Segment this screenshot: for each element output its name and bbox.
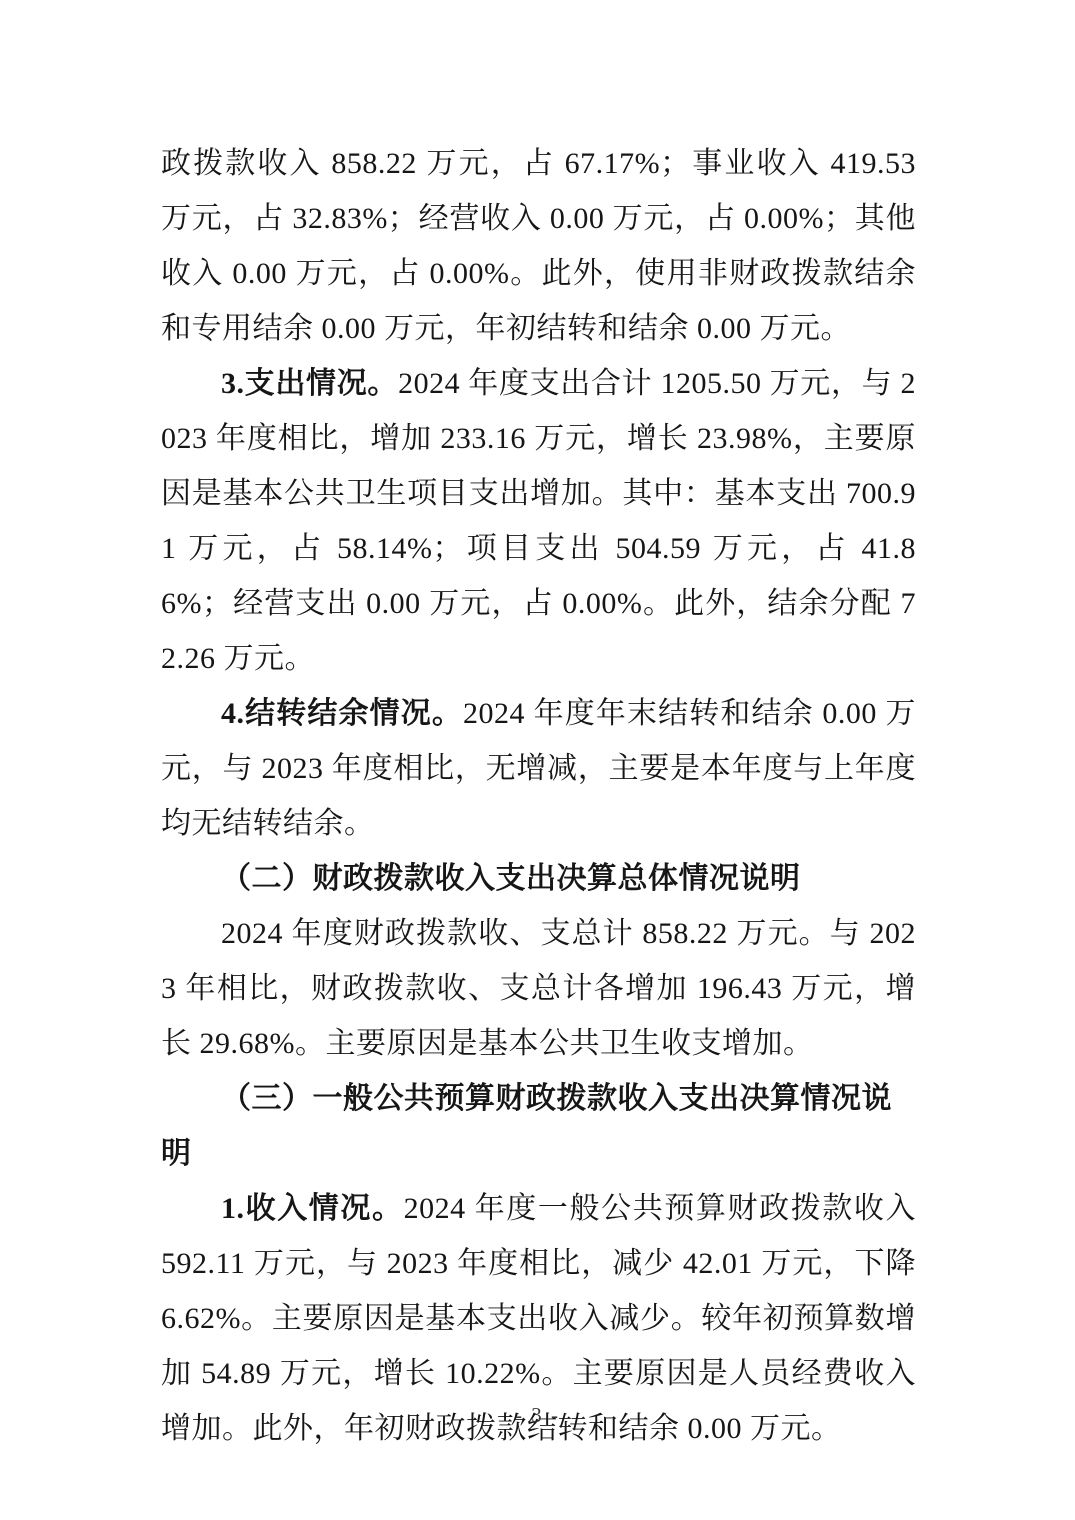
page-number: - 3 - (515, 1403, 560, 1427)
paragraph-bold-lead: 3.支出情况。 (221, 367, 398, 400)
paragraph-text: 政拨款收入 858.22 万元，占 67.17%；事业收入 419.53 万元，… (161, 147, 916, 345)
page-footer: - 3 - (0, 1399, 1075, 1431)
paragraph-bold-lead: 1.收入情况。 (221, 1192, 404, 1225)
paragraph-text: 2024 年度支出合计 1205.50 万元，与 2023 年度相比，增加 23… (161, 367, 916, 675)
heading-text: （二）财政拨款收入支出决算总体情况说明 (221, 862, 801, 895)
heading-text: （三）一般公共预算财政拨款收入支出决算情况说明 (161, 1082, 892, 1170)
heading-section-two: （二）财政拨款收入支出决算总体情况说明 (161, 851, 916, 906)
paragraph-income-continuation: 政拨款收入 858.22 万元，占 67.17%；事业收入 419.53 万元，… (161, 136, 916, 356)
paragraph-expenditure-overview: 3.支出情况。2024 年度支出合计 1205.50 万元，与 2023 年度相… (161, 356, 916, 686)
paragraph-text: 2024 年度财政拨款收、支总计 858.22 万元。与 2023 年相比，财政… (161, 917, 916, 1060)
heading-section-three: （三）一般公共预算财政拨款收入支出决算情况说明 (161, 1071, 916, 1181)
paragraph-carryover-balance: 4.结转结余情况。2024 年度年末结转和结余 0.00 万元，与 2023 年… (161, 686, 916, 851)
paragraph-bold-lead: 4.结转结余情况。 (221, 697, 463, 730)
document-page: 政拨款收入 858.22 万元，占 67.17%；事业收入 419.53 万元，… (0, 0, 1075, 1520)
document-body: 政拨款收入 858.22 万元，占 67.17%；事业收入 419.53 万元，… (161, 136, 916, 1456)
paragraph-fiscal-appropriation-total: 2024 年度财政拨款收、支总计 858.22 万元。与 2023 年相比，财政… (161, 906, 916, 1071)
